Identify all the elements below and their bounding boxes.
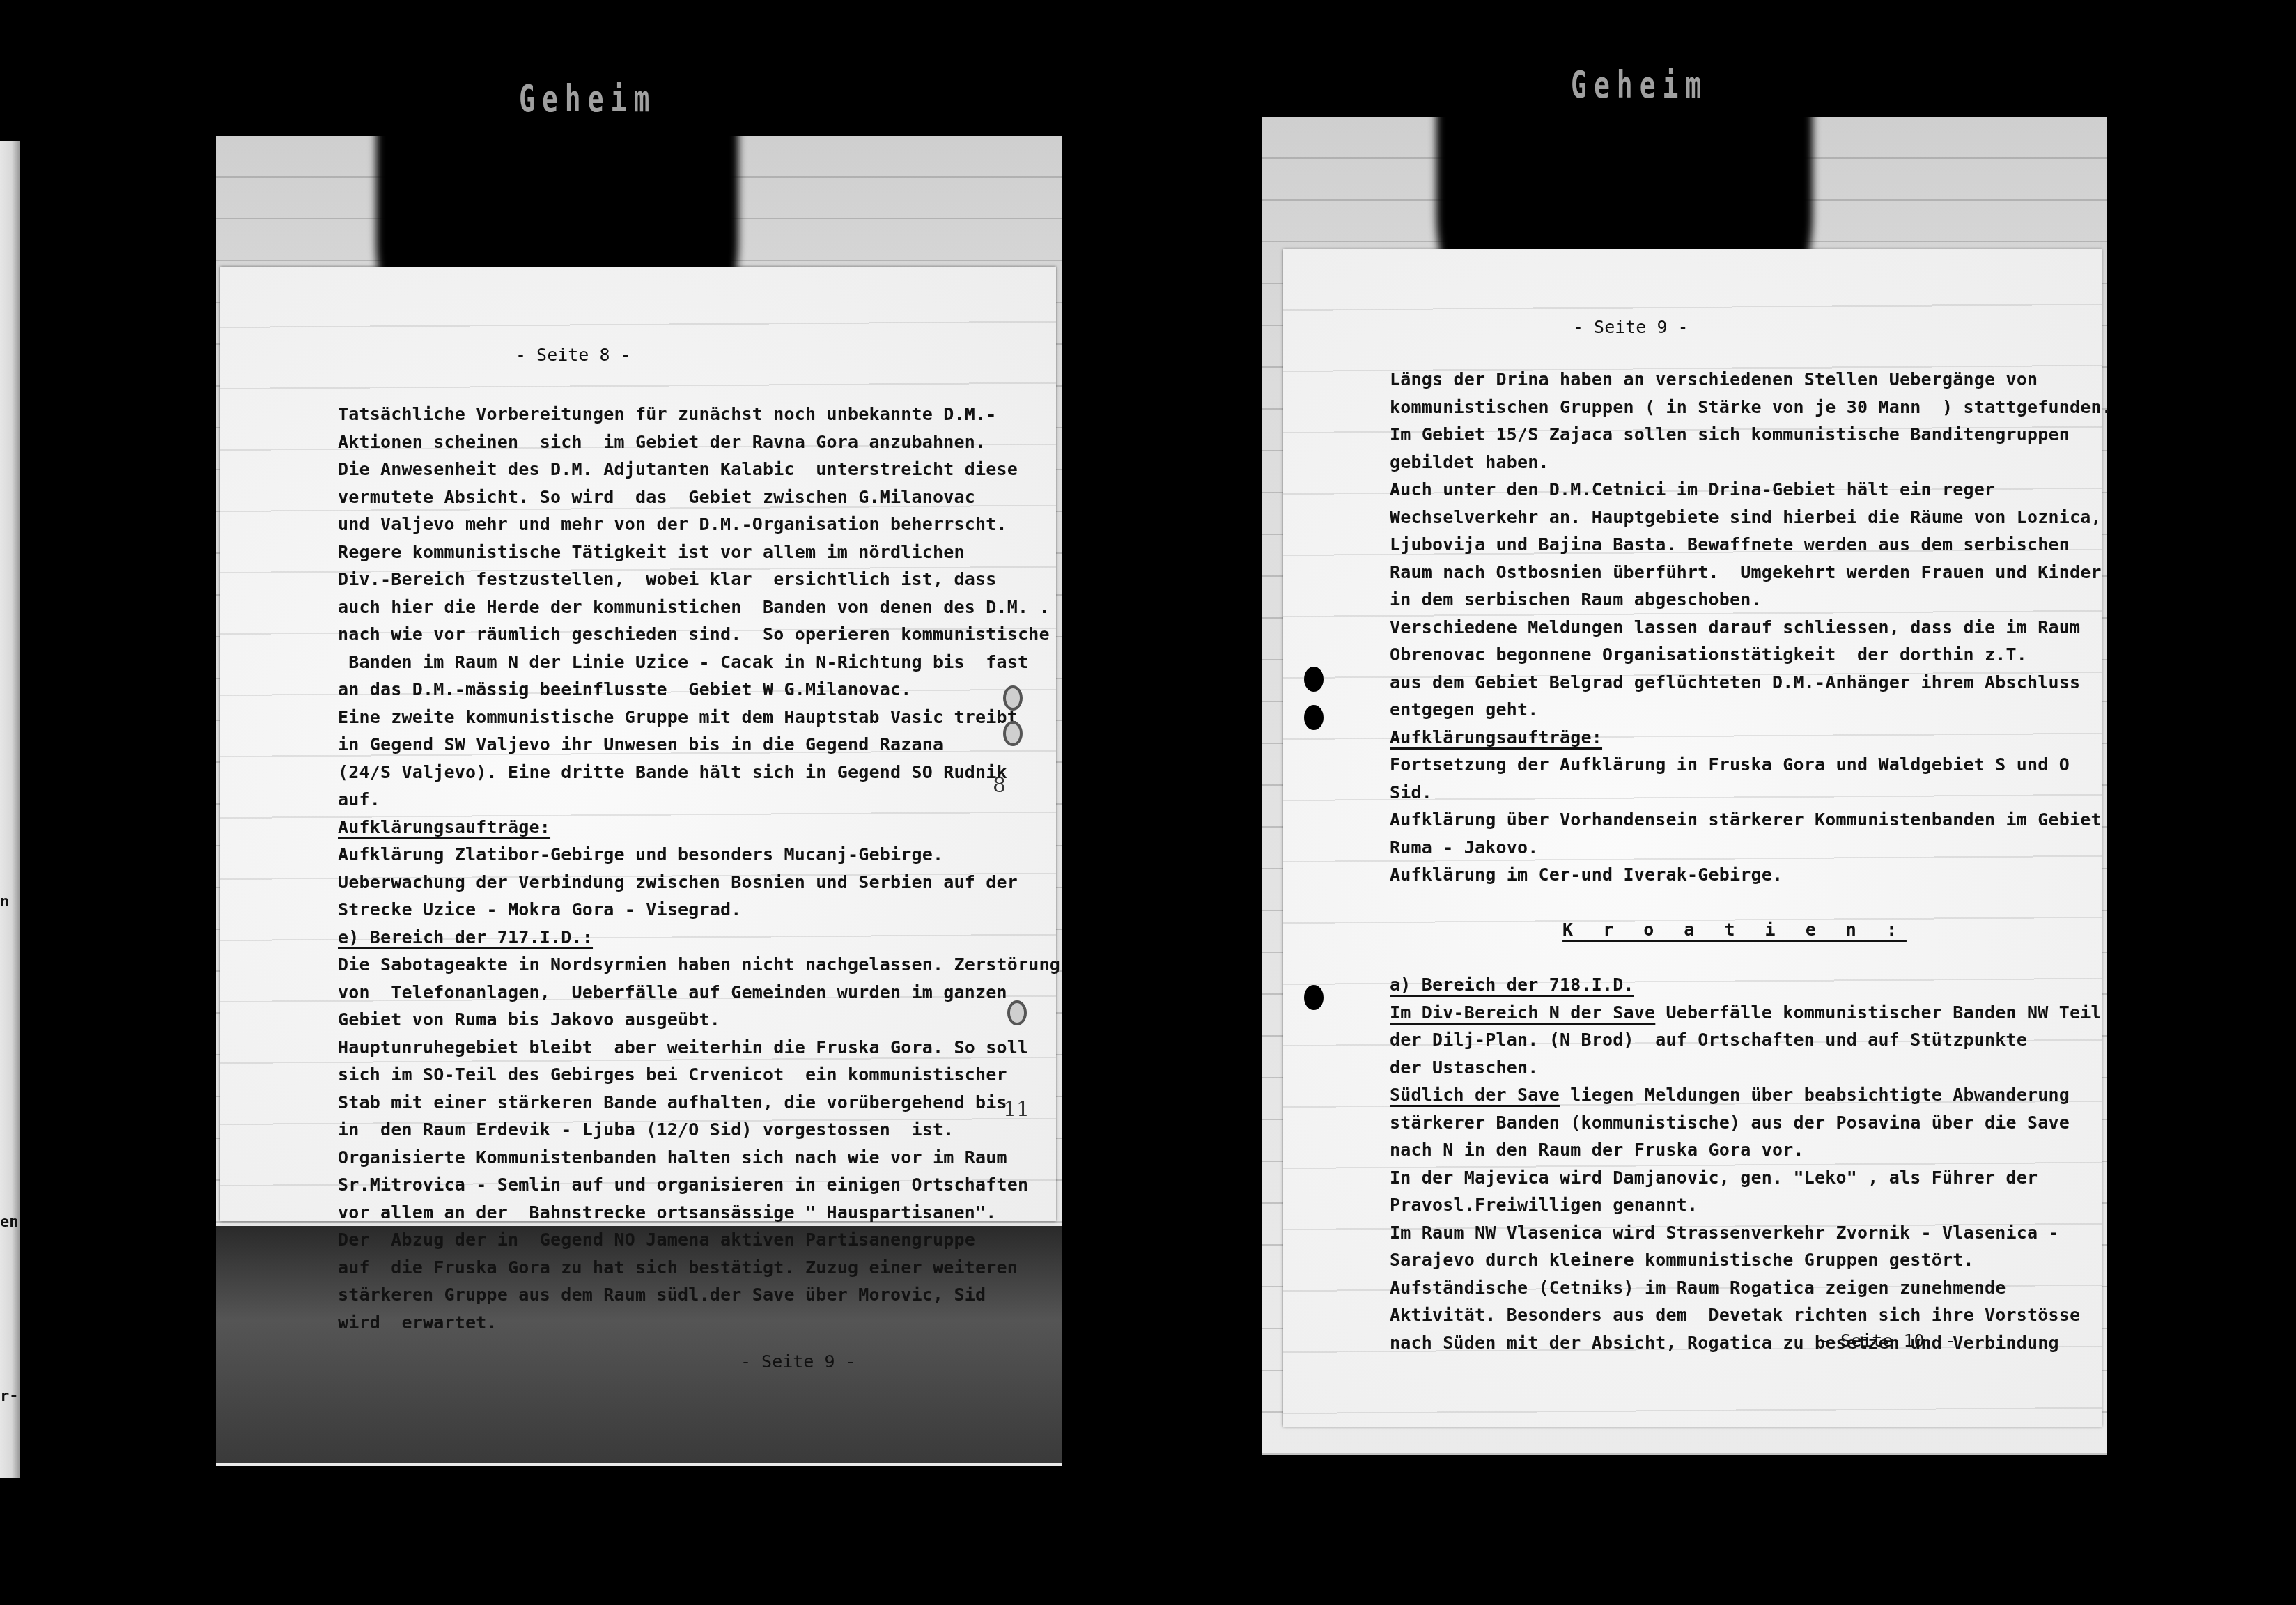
text-line: Aktivität. Besonders aus dem Devetak ric…	[1390, 1301, 2079, 1329]
text-line: auf.	[338, 786, 1041, 814]
punch-hole	[1003, 721, 1023, 746]
line-text: von Telefonanlagen, Ueberfälle auf Gemei…	[338, 982, 1007, 1002]
text-line: Aufständische (Cetniks) im Raum Rogatica…	[1390, 1274, 2079, 1302]
line-text: Ruma - Jakovo.	[1390, 837, 1539, 858]
text-line: Pravosl.Freiwilligen genannt.	[1390, 1191, 2079, 1219]
line-text: In der Majevica wird Damjanovic, gen. "L…	[1390, 1168, 2038, 1188]
text-line: nach N in den Raum der Fruska Gora vor.	[1390, 1136, 2079, 1164]
section-heading: Aufklärungsaufträge:	[338, 817, 550, 837]
line-text: stärkerer Banden (kommunistische) aus de…	[1390, 1112, 2070, 1133]
text-line: Hauptunruhegebiet bleibt aber weiterhin …	[338, 1034, 1041, 1062]
line-text: stärkeren Gruppe aus dem Raum südl.der S…	[338, 1285, 986, 1305]
text-line	[1390, 944, 2079, 972]
section-heading: a) Bereich der 718.I.D.	[1390, 975, 1634, 995]
line-text: Ueberwachung der Verbindung zwischen Bos…	[338, 872, 1018, 892]
punch-hole	[1304, 985, 1324, 1010]
line-text: Wechselverkehr an. Hauptgebiete sind hie…	[1390, 507, 2102, 527]
text-line: Ueberwachung der Verbindung zwischen Bos…	[338, 869, 1041, 897]
text-line: Organisierte Kommunistenbanden halten si…	[338, 1144, 1041, 1172]
line-text: Ueberfälle kommunistischer Banden NW Tei…	[1655, 1002, 2102, 1023]
line-text: sich im SO-Teil des Gebirges bei Crvenic…	[338, 1064, 1007, 1085]
line-text: Ljubovija und Bajina Basta. Bewaffnete w…	[1390, 534, 2070, 555]
line-text: Im Raum NW Vlasenica wird Strassenverkeh…	[1390, 1223, 2059, 1243]
line-text: wird erwartet.	[338, 1312, 497, 1333]
text-line: a) Bereich der 718.I.D.	[1390, 971, 2079, 999]
text-line: K r o a t i e n :	[1390, 916, 2079, 944]
text-line: In der Majevica wird Damjanovic, gen. "L…	[1390, 1164, 2079, 1192]
text-line: Verschiedene Meldungen lassen darauf sch…	[1390, 614, 2079, 642]
text-line: nach Süden mit der Absicht, Rogatica zu …	[1390, 1329, 2079, 1357]
text-line: aus dem Gebiet Belgrad geflüchteten D.M.…	[1390, 669, 2079, 697]
line-text: Sid.	[1390, 782, 1432, 802]
text-line: in den Raum Erdevik - Ljuba (12/O Sid) v…	[338, 1116, 1041, 1144]
line-text: Der Abzug der in Gegend NO Jamena aktive…	[338, 1230, 975, 1250]
line-text: an das D.M.-mässig beeinflusste Gebiet W…	[338, 679, 912, 699]
text-line: entgegen geht.	[1390, 696, 2079, 724]
text-line: in dem serbischen Raum abgeschoben.	[1390, 586, 2079, 614]
text-line: Regere kommunistische Tätigkeit ist vor …	[338, 538, 1041, 566]
line-text: Auch unter den D.M.Cetnici im Drina-Gebi…	[1390, 479, 1995, 499]
line-text: liegen Meldungen über beabsichtigte Abwa…	[1560, 1085, 2070, 1105]
line-text: der Ustaschen.	[1390, 1057, 1539, 1078]
text-line: in Gegend SW Valjevo ihr Unwesen bis in …	[338, 731, 1041, 759]
text-line: Aufklärung Zlatibor-Gebirge und besonder…	[338, 841, 1041, 869]
text-line: Raum nach Ostbosnien überführt. Umgekehr…	[1390, 559, 2079, 587]
line-text: Längs der Drina haben an verschiedenen S…	[1390, 369, 2038, 389]
text-line: der Dilj-Plan. (N Brod) auf Ortschaften …	[1390, 1026, 2079, 1054]
classification-stamp-left: Geheim	[519, 77, 656, 121]
line-text: auch hier die Herde der kommunistichen B…	[338, 597, 1050, 617]
text-line: Die Sabotageakte in Nordsyrmien haben ni…	[338, 951, 1041, 979]
line-text: Aktionen scheinen sich im Gebiet der Rav…	[338, 432, 986, 452]
text-line: Obrenovac begonnene Organisationstätigke…	[1390, 641, 2079, 669]
previous-frame-strip: n en r-	[0, 141, 20, 1478]
line-text: (24/S Valjevo). Eine dritte Bande hält s…	[338, 762, 1007, 782]
text-line: auch hier die Herde der kommunistichen B…	[338, 594, 1041, 621]
text-line: Banden im Raum N der Linie Uzice - Cacak…	[338, 649, 1041, 676]
line-text: entgegen geht.	[1390, 699, 1539, 720]
line-text: Fortsetzung der Aufklärung in Fruska Gor…	[1390, 754, 2070, 775]
text-line: der Ustaschen.	[1390, 1054, 2079, 1082]
line-text: Im Gebiet 15/S Zajaca sollen sich kommun…	[1390, 424, 2070, 444]
line-text: Obrenovac begonnene Organisationstätigke…	[1390, 644, 2027, 665]
text-line: an das D.M.-mässig beeinflusste Gebiet W…	[338, 676, 1041, 704]
line-text: der Dilj-Plan. (N Brod) auf Ortschaften …	[1390, 1030, 2027, 1050]
text-line: Im Raum NW Vlasenica wird Strassenverkeh…	[1390, 1219, 2079, 1247]
text-line: Südlich der Save liegen Meldungen über b…	[1390, 1081, 2079, 1109]
classification-stamp-right: Geheim	[1571, 63, 1708, 107]
line-text: vermutete Absicht. So wird das Gebiet zw…	[338, 487, 975, 507]
line-text: Organisierte Kommunistenbanden halten si…	[338, 1147, 1007, 1168]
text-line: Die Anwesenheit des D.M. Adjutanten Kala…	[338, 456, 1041, 483]
text-line: Längs der Drina haben an verschiedenen S…	[1390, 366, 2079, 394]
line-text: auf.	[338, 789, 380, 809]
text-line: Strecke Uzice - Mokra Gora - Visegrad.	[338, 896, 1041, 924]
line-text: Aufklärung Zlatibor-Gebirge und besonder…	[338, 844, 943, 864]
line-text: und Valjevo mehr und mehr von der D.M.-O…	[338, 514, 1007, 534]
text-line: Sid.	[1390, 779, 2079, 807]
text-line: Im Gebiet 15/S Zajaca sollen sich kommun…	[1390, 421, 2079, 449]
punch-hole	[1304, 667, 1324, 692]
margin-note: 8	[993, 773, 1006, 798]
margin-note: 11	[1003, 1097, 1030, 1122]
line-text: Aktivität. Besonders aus dem Devetak ric…	[1390, 1305, 2080, 1325]
line-text: Hauptunruhegebiet bleibt aber weiterhin …	[338, 1037, 1028, 1057]
right-page-footer: - Seite 10 -	[1820, 1331, 1956, 1351]
text-line: Wechselverkehr an. Hauptgebiete sind hie…	[1390, 504, 2079, 532]
text-line: und Valjevo mehr und mehr von der D.M.-O…	[338, 511, 1041, 538]
line-text: Aufständische (Cetniks) im Raum Rogatica…	[1390, 1278, 2006, 1298]
line-text: Verschiedene Meldungen lassen darauf sch…	[1390, 617, 2080, 637]
text-line: Aufklärung über Vorhandensein stärkerer …	[1390, 806, 2079, 834]
text-line: von Telefonanlagen, Ueberfälle auf Gemei…	[338, 979, 1041, 1007]
line-text: Die Sabotageakte in Nordsyrmien haben ni…	[338, 954, 1060, 975]
text-line: gebildet haben.	[1390, 449, 2079, 476]
punch-hole	[1003, 685, 1023, 711]
text-line: Stab mit einer stärkeren Bande aufhalten…	[338, 1089, 1041, 1117]
text-line: Sr.Mitrovica - Semlin auf und organisier…	[338, 1171, 1041, 1199]
line-text: Tatsächliche Vorbereitungen für zunächst…	[338, 404, 997, 424]
text-line: Div.-Bereich festzustellen, wobei klar e…	[338, 566, 1041, 594]
line-text: Sr.Mitrovica - Semlin auf und organisier…	[338, 1174, 1028, 1195]
line-text: Aufklärung im Cer-und Iverak-Gebirge.	[1390, 864, 1783, 885]
text-line: stärkeren Gruppe aus dem Raum südl.der S…	[338, 1281, 1041, 1309]
text-line: vermutete Absicht. So wird das Gebiet zw…	[338, 483, 1041, 511]
line-text: aus dem Gebiet Belgrad geflüchteten D.M.…	[1390, 672, 2080, 692]
left-page-body: Tatsächliche Vorbereitungen für zunächst…	[338, 401, 1041, 1336]
line-text: Aufklärung über Vorhandensein stärkerer …	[1390, 809, 2102, 830]
section-heading: K r o a t i e n :	[1562, 920, 1907, 940]
punch-hole	[1304, 705, 1324, 730]
strip-fragment: en	[0, 1214, 19, 1231]
line-text: nach wie vor räumlich geschieden sind. S…	[338, 624, 1050, 644]
line-text: Strecke Uzice - Mokra Gora - Visegrad.	[338, 899, 742, 920]
text-line: wird erwartet.	[338, 1309, 1041, 1337]
text-line: kommunistischen Gruppen ( in Stärke von …	[1390, 394, 2079, 421]
text-line	[1390, 889, 2079, 917]
line-text: in dem serbischen Raum abgeschoben.	[1390, 589, 1762, 610]
right-page-header: - Seite 9 -	[1573, 317, 1689, 337]
strip-fragment: r-	[0, 1388, 19, 1405]
line-text: kommunistischen Gruppen ( in Stärke von …	[1390, 397, 2112, 417]
text-line: Aufklärungsaufträge:	[338, 814, 1041, 842]
line-text: Sarajevo durch kleinere kommunistische G…	[1390, 1250, 1974, 1270]
text-line: Ruma - Jakovo.	[1390, 834, 2079, 862]
text-line: auf die Fruska Gora zu hat sich bestätig…	[338, 1254, 1041, 1282]
line-text: Die Anwesenheit des D.M. Adjutanten Kala…	[338, 459, 1018, 479]
text-line: Im Div-Bereich N der Save Ueberfälle kom…	[1390, 999, 2079, 1027]
line-text: Banden im Raum N der Linie Uzice - Cacak…	[338, 652, 1028, 672]
line-text: Regere kommunistische Tätigkeit ist vor …	[338, 542, 965, 562]
section-heading: Im Div-Bereich N der Save	[1390, 1002, 1655, 1023]
text-line: Aufklärungsaufträge:	[1390, 724, 2079, 752]
text-line: stärkerer Banden (kommunistische) aus de…	[1390, 1109, 2079, 1137]
text-line: nach wie vor räumlich geschieden sind. S…	[338, 621, 1041, 649]
left-page-footer: - Seite 9 -	[740, 1351, 856, 1372]
line-text: Gebiet von Ruma bis Jakovo ausgeübt.	[338, 1009, 720, 1030]
line-text: auf die Fruska Gora zu hat sich bestätig…	[338, 1257, 1018, 1278]
line-text: in Gegend SW Valjevo ihr Unwesen bis in …	[338, 734, 943, 754]
text-line: Aktionen scheinen sich im Gebiet der Rav…	[338, 428, 1041, 456]
text-line: Ljubovija und Bajina Basta. Bewaffnete w…	[1390, 531, 2079, 559]
left-page-header: - Seite 8 -	[515, 345, 631, 365]
line-text: Eine zweite kommunistische Gruppe mit de…	[338, 707, 1018, 727]
text-line: sich im SO-Teil des Gebirges bei Crvenic…	[338, 1061, 1041, 1089]
text-line: Fortsetzung der Aufklärung in Fruska Gor…	[1390, 751, 2079, 779]
text-line: Auch unter den D.M.Cetnici im Drina-Gebi…	[1390, 476, 2079, 504]
line-text: Pravosl.Freiwilligen genannt.	[1390, 1195, 1698, 1215]
text-line: e) Bereich der 717.I.D.:	[338, 924, 1041, 952]
text-line: vor allem an der Bahnstrecke ortsansässi…	[338, 1199, 1041, 1227]
punch-hole	[1007, 1000, 1027, 1025]
line-text: gebildet haben.	[1390, 452, 1549, 472]
section-heading: Südlich der Save	[1390, 1085, 1560, 1105]
line-text: nach N in den Raum der Fruska Gora vor.	[1390, 1140, 1804, 1160]
line-text: Raum nach Ostbosnien überführt. Umgekehr…	[1390, 562, 2102, 582]
line-text: Div.-Bereich festzustellen, wobei klar e…	[338, 569, 997, 589]
text-line: Sarajevo durch kleinere kommunistische G…	[1390, 1246, 2079, 1274]
text-line: Gebiet von Ruma bis Jakovo ausgeübt.	[338, 1006, 1041, 1034]
line-text: nach Süden mit der Absicht, Rogatica zu …	[1390, 1333, 2059, 1353]
strip-fragment: n	[0, 893, 9, 910]
text-line: (24/S Valjevo). Eine dritte Bande hält s…	[338, 759, 1041, 786]
line-text: in den Raum Erdevik - Ljuba (12/O Sid) v…	[338, 1119, 954, 1140]
section-heading: Aufklärungsaufträge:	[1390, 727, 1602, 747]
line-text: Stab mit einer stärkeren Bande aufhalten…	[338, 1092, 1007, 1112]
section-heading: e) Bereich der 717.I.D.:	[338, 927, 593, 947]
text-line: Eine zweite kommunistische Gruppe mit de…	[338, 704, 1041, 731]
line-text: vor allem an der Bahnstrecke ortsansässi…	[338, 1202, 997, 1223]
text-line: Aufklärung im Cer-und Iverak-Gebirge.	[1390, 861, 2079, 889]
right-page-body: Längs der Drina haben an verschiedenen S…	[1390, 366, 2079, 1356]
text-line: Der Abzug der in Gegend NO Jamena aktive…	[338, 1226, 1041, 1254]
text-line: Tatsächliche Vorbereitungen für zunächst…	[338, 401, 1041, 428]
